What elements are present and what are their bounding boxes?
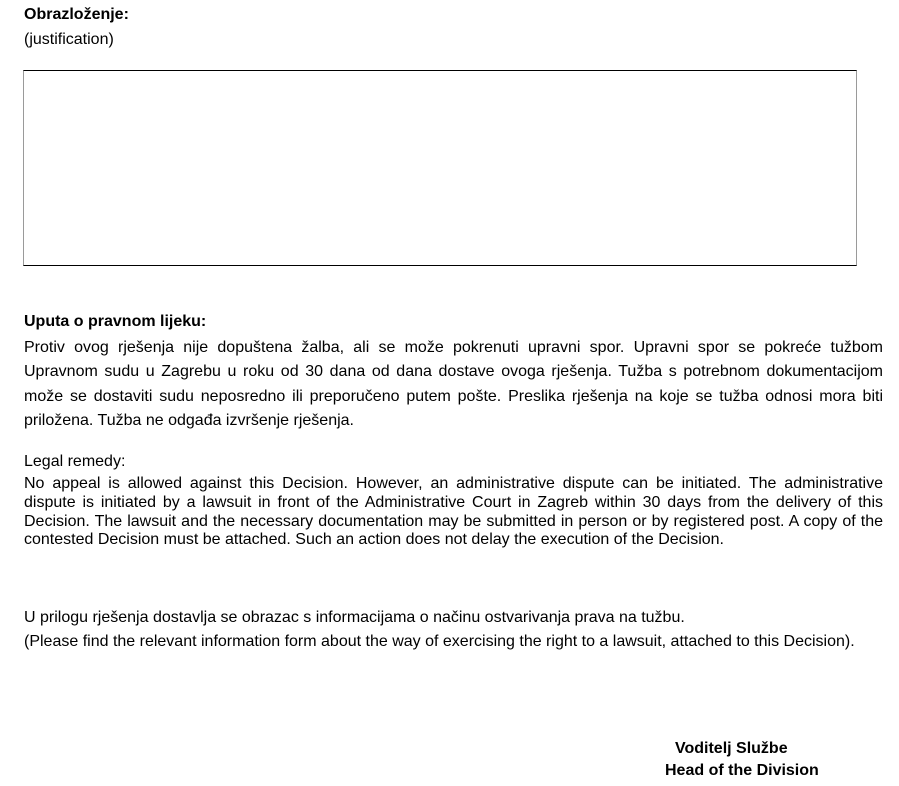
justification-field[interactable] [23,70,857,266]
signature-title-hr: Voditelj Službe [675,740,788,758]
attachment-note-hr: U prilogu rješenja dostavlja se obrazac … [24,606,685,630]
attachment-note-en: (Please find the relevant information fo… [24,630,886,654]
legal-remedy-heading-en: Legal remedy: [24,453,125,471]
justification-heading: Obrazloženje: [24,6,129,24]
legal-remedy-text-en: No appeal is allowed against this Decisi… [24,475,883,550]
justification-subheading: (justification) [24,31,114,49]
legal-remedy-heading-hr: Uputa o pravnom lijeku: [24,313,206,331]
legal-remedy-text-hr: Protiv ovog rješenja nije dopuštena žalb… [24,336,883,433]
signature-title-en: Head of the Division [665,762,819,780]
